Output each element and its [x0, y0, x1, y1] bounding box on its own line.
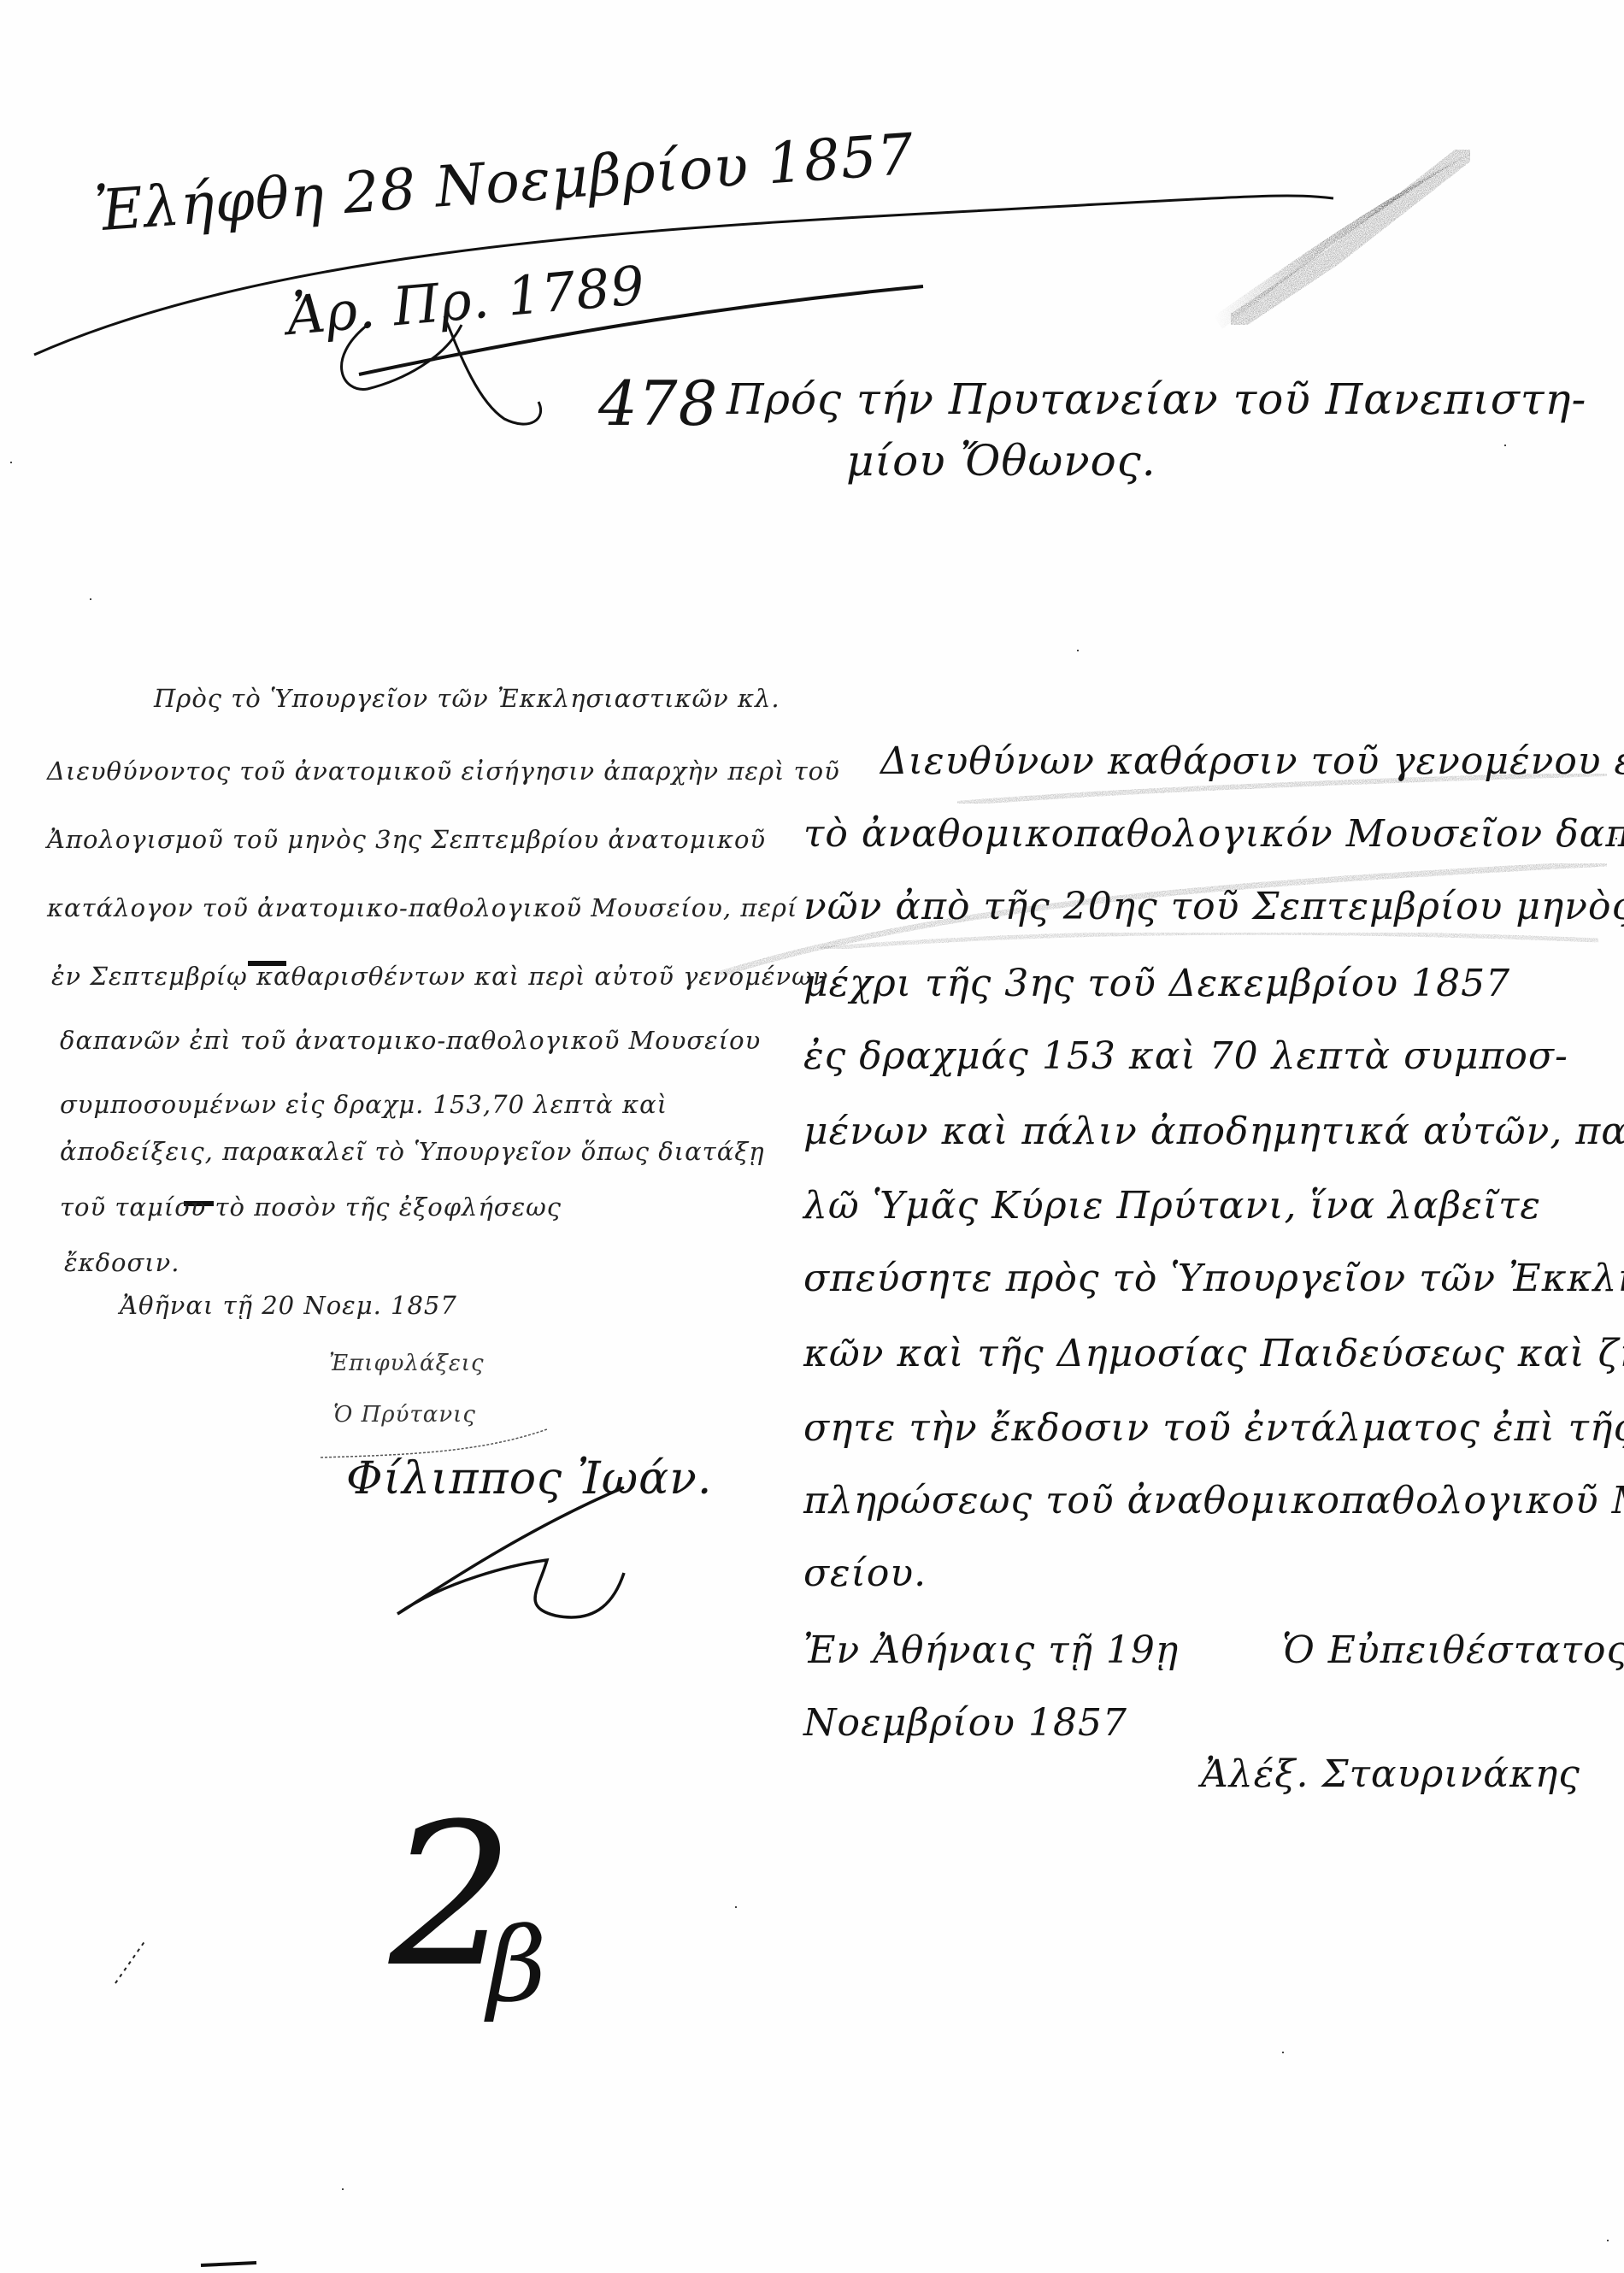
addressee-line-1: Πρός τήν Πρυτανείαν τοῦ Πανεπιστη-	[727, 374, 1586, 424]
letter-line: πληρώσεως τοῦ ἀναθομικοπαθολογικοῦ Μου-	[803, 1479, 1624, 1522]
scan-speck	[1077, 650, 1079, 651]
margin-line: δαπανῶν ἐπὶ τοῦ ἀνατομικο-παθολογικοῦ Μο…	[60, 1026, 761, 1055]
protocol-number: Ἀρ. Πρ. 1789	[285, 254, 648, 347]
letter-line: κῶν καὶ τῆς Δημοσίας Παιδεύσεως καὶ ζητή…	[803, 1332, 1624, 1375]
margin-sign-label-2: Ὁ Πρύτανις	[333, 1402, 476, 1428]
letter-line: σητε τὴν ἔκδοσιν τοῦ ἐντάλματος ἐπὶ τῆς	[803, 1406, 1624, 1450]
folio-letter: β	[487, 1906, 546, 2025]
scan-speck	[10, 462, 12, 463]
letter-signature: Ἀλέξ. Σταυρινάκης	[1201, 1752, 1580, 1796]
scanned-page: Ἐλήφθη 28 Νοεμβρίου 1857 Ἀρ. Πρ. 1789 47…	[0, 0, 1624, 2273]
margin-sign-label-1: Ἐπιφυλάξεις	[329, 1351, 485, 1376]
margin-line: ἀποδείξεις, παρακαλεῖ τὸ Ὑπουργεῖον ὅπως…	[60, 1137, 765, 1166]
scan-speck	[1282, 2052, 1284, 2053]
letter-line: νῶν ἀπὸ τῆς 20ης τοῦ Σεπτεμβρίου μηνὸς	[803, 885, 1624, 928]
margin-line: Ἀπολογισμοῦ τοῦ μηνὸς 3ης Σεπτεμβρίου ἀν…	[47, 825, 766, 854]
scan-speck	[1607, 2240, 1609, 2241]
smudge-stroke	[1214, 154, 1470, 329]
scan-speck	[90, 598, 91, 600]
letter-line: λῶ Ὑμᾶς Κύριε Πρύτανι, ἵνα λαβεῖτε	[803, 1184, 1541, 1228]
place-date-line-2: Νοεμβρίου 1857	[803, 1701, 1127, 1745]
margin-date: Ἀθῆναι τῇ 20 Νοεμ. 1857	[120, 1291, 457, 1320]
closing-title: Ὁ Εὐπειθέστατος	[1282, 1628, 1624, 1672]
margin-signature: Φίλιππος Ἰωάν.	[346, 1453, 712, 1505]
letter-line: τὸ ἀναθομικοπαθολογικόν Μουσεῖον δαπα-	[803, 812, 1624, 856]
letter-line: σπεύσητε πρὸς τὸ Ὑπουργεῖον τῶν Ἐκκλησια…	[803, 1257, 1624, 1300]
margin-line: Πρὸς τὸ Ὑπουργεῖον τῶν Ἐκκλησιαστικῶν κλ…	[154, 684, 780, 713]
margin-line: συμποσουμένων εἰς δραχμ. 153,70 λεπτὰ κα…	[60, 1090, 668, 1119]
scan-speck	[342, 2188, 344, 2190]
margin-line: ἔκδοσιν.	[64, 1248, 180, 1277]
margin-line: ἐν Σεπτεμβρίῳ καθαρισθέντων καὶ περὶ αὐτ…	[51, 962, 828, 991]
letter-line: σείου.	[803, 1552, 927, 1595]
margin-signature-flourish	[397, 1487, 624, 1617]
margin-line: Διευθύνοντος τοῦ ἀνατομικοῦ εἰσήγησιν ἀπ…	[47, 757, 840, 786]
received-note: Ἐλήφθη 28 Νοεμβρίου 1857	[92, 121, 916, 244]
letter-line: μέχρι τῆς 3ης τοῦ Δεκεμβρίου 1857	[803, 962, 1510, 1005]
bottom-blot	[201, 2263, 256, 2265]
letter-line: Διευθύνων καθάρσιν τοῦ γενομένου ἐς	[880, 739, 1624, 783]
letter-line: μένων καὶ πάλιν ἀποδημητικά αὐτῶν, παρακ…	[803, 1110, 1624, 1153]
sub-number: 478	[598, 368, 718, 439]
margin-line: τοῦ ταμίου τὸ ποσὸν τῆς ἐξοφλήσεως	[60, 1192, 562, 1222]
letter-line: ἐς δραχμάς 153 καὶ 70 λεπτὰ συμποσ-	[803, 1034, 1568, 1078]
addressee-line-2: μίου Ὄθωνος.	[846, 436, 1156, 486]
stray-mark	[115, 1940, 145, 1983]
faint-wave-3	[821, 933, 1598, 949]
scan-speck	[1615, 838, 1617, 839]
scan-speck	[1504, 445, 1506, 446]
scan-speck	[735, 1906, 737, 1908]
place-date-line-1: Ἐν Ἀθήναις τῇ 19ῃ	[803, 1628, 1179, 1672]
margin-line: κατάλογον τοῦ ἀνατομικο-παθολογικοῦ Μουσ…	[47, 893, 797, 922]
